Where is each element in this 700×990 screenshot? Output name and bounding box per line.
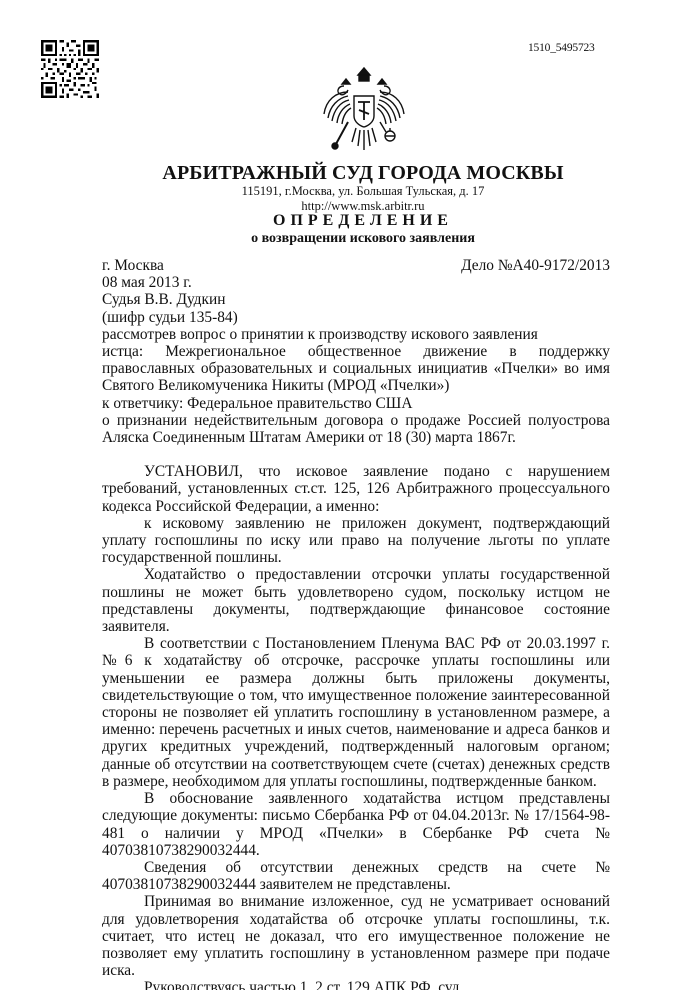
- spacer: [102, 446, 610, 463]
- paragraph-established: УСТАНОВИЛ, что исковое заявление подано …: [102, 463, 610, 515]
- paragraph-deferral-petition: Ходатайство о предоставлении отсрочки уп…: [102, 566, 610, 635]
- paragraph-court-conclusion: Принимая во внимание изложенное, суд не …: [102, 893, 610, 979]
- court-address: 115191, г.Москва, ул. Большая Тульская, …: [102, 184, 624, 199]
- meta-row: г. Москва Дело №А40-9172/2013: [102, 257, 610, 274]
- decision-date: 08 мая 2013 г.: [102, 274, 610, 291]
- city: г. Москва: [102, 257, 164, 274]
- paragraph-plenum-ruling: В соответствии с Постановлением Пленума …: [102, 635, 610, 790]
- coat-of-arms-icon: [322, 66, 406, 154]
- paragraph-submitted-documents: В обоснование заявленного ходатайства ис…: [102, 790, 610, 859]
- case-number: Дело №А40-9172/2013: [461, 257, 610, 274]
- court-name: АРБИТРАЖНЫЙ СУД ГОРОДА МОСКВЫ: [102, 162, 624, 184]
- claim-subject: о признании недействительным договора о …: [102, 412, 610, 446]
- judge-code: (шифр судьи 135-84): [102, 309, 610, 326]
- document-id: 1510_5495723: [528, 42, 595, 54]
- document-subtitle: о возвращении искового заявления: [102, 230, 624, 247]
- paragraph-missing-document: к исковому заявлению не приложен докумен…: [102, 515, 610, 567]
- paragraph-guided-by: Руководствуясь частью 1, 2 ст. 129 АПК Р…: [102, 979, 610, 990]
- judge-name: Судья В.В. Дудкин: [102, 291, 610, 308]
- defendant: к ответчику: Федеральное правительство С…: [102, 395, 610, 412]
- qr-code-icon: [41, 40, 99, 98]
- paragraph-no-funds-info: Сведения об отсутствии денежных средств …: [102, 859, 610, 893]
- document-body: г. Москва Дело №А40-9172/2013 08 мая 201…: [102, 257, 610, 990]
- plaintiff: истца: Межрегиональное общественное движ…: [102, 343, 610, 395]
- considering-statement: рассмотрев вопрос о принятии к производс…: [102, 326, 610, 343]
- document-type: ОПРЕДЕЛЕНИЕ: [102, 212, 624, 230]
